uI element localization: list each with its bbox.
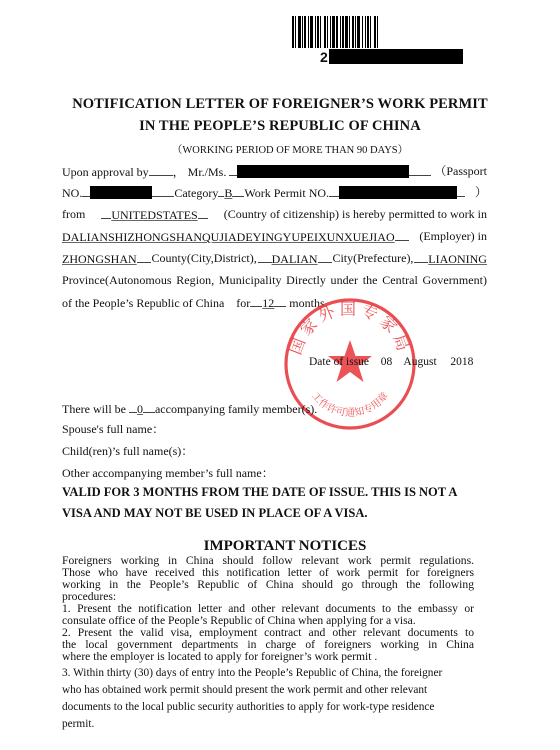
name-underline-start — [229, 163, 237, 176]
spouse-name-line: Spouse's full name： — [62, 421, 487, 437]
country-underline-end — [198, 206, 208, 219]
province-underline-start — [414, 250, 428, 263]
children-names-line: Child(ren)’s full name(s)： — [62, 443, 487, 459]
notice-item3-line: 3. Within thirty (30) days of entry into… — [62, 665, 482, 682]
duration-line: of the People’s Republic of China for12 … — [62, 294, 487, 311]
comma: ， — [173, 165, 185, 179]
issue-day: 08 — [381, 356, 393, 368]
upon-approval-label: Upon approval by — [62, 165, 149, 179]
validity-line1: VALID FOR 3 MONTHS FROM THE DATE OF ISSU… — [62, 485, 457, 500]
permit-underline-end — [457, 184, 465, 197]
notice-intro-line: working in the People’s Republic of Chin… — [62, 579, 474, 591]
employer-suffix: (Employer) in — [419, 228, 487, 245]
document-subtitle: （WORKING PERIOD OF MORE THAN 90 DAYS） — [0, 142, 560, 157]
prc-for-label: of the People’s Republic of China for — [62, 296, 250, 310]
barcode-number-redaction — [329, 49, 463, 64]
city-value: DALIAN — [272, 252, 318, 266]
location-line: ZHONGSHAN County(City,District), DALIAN … — [62, 250, 487, 267]
months-underline-start — [250, 294, 262, 307]
issue-year: 2018 — [450, 356, 473, 368]
family-count-line: There will be 0accompanying family membe… — [62, 400, 487, 417]
family-underline-start — [129, 400, 137, 413]
family-prefix: There will be — [62, 402, 126, 416]
close-paren: ） — [475, 184, 487, 201]
province-line: Province(Autonomous Region, Municipality… — [62, 272, 487, 288]
employer-underline-end — [395, 228, 409, 241]
employer-value: DALIANSHIZHONGSHANQUJIADEYINGYUPEIXUNXUE… — [62, 230, 395, 244]
mr-ms-label: Mr./Ms. — [188, 165, 227, 179]
notice-item3-line: permit. — [62, 716, 482, 733]
category-underline-end — [232, 184, 244, 197]
country-line: from UNITEDSTATES (Country of citizenshi… — [62, 206, 487, 223]
passport-underline-start — [82, 184, 90, 197]
county-suffix: County(City,District), — [152, 250, 257, 267]
important-notices-title: IMPORTANT NOTICES — [0, 538, 560, 555]
notice-item3-line: documents to the local public security a… — [62, 699, 482, 716]
family-suffix: accompanying family member(s). — [155, 402, 317, 416]
passport-label: （Passport — [434, 163, 487, 180]
approval-line: Upon approval by， Mr./Ms. （Passport — [62, 163, 487, 180]
county-underline-end — [137, 250, 151, 263]
from-label: from — [62, 206, 85, 223]
city-underline-start — [258, 250, 272, 263]
passport-category-line: NO.CategoryBWork Permit NO. ） — [62, 184, 487, 201]
barcode — [292, 16, 402, 48]
issue-month: August — [403, 356, 436, 368]
category-label: Category — [174, 186, 218, 200]
other-members-line: Other accompanying member’s full name： — [62, 465, 487, 481]
employer-line: DALIANSHIZHONGSHANQUJIADEYINGYUPEIXUNXUE… — [62, 228, 487, 245]
passport-no-label: NO. — [62, 186, 82, 200]
name-redaction — [237, 165, 409, 178]
passport-number-redaction — [90, 186, 152, 199]
permit-underline-start — [329, 184, 339, 197]
notice-item3-line: who has obtained work permit should pres… — [62, 682, 482, 699]
city-suffix: City(Prefecture), — [332, 250, 413, 267]
country-value: UNITEDSTATES — [111, 208, 197, 222]
issue-date-line: Date of issue 08 August 2018 — [309, 356, 473, 368]
document-title-line2: IN THE PEOPLE’S REPUBLIC OF CHINA — [0, 118, 560, 135]
months-value: 12 — [262, 296, 274, 310]
work-permit-number-redaction — [339, 186, 457, 199]
issue-date-label: Date of issue — [309, 356, 369, 368]
document-title-line1: NOTIFICATION LETTER OF FOREIGNER’S WORK … — [0, 96, 560, 113]
city-underline-end — [318, 250, 332, 263]
name-underline-end — [409, 163, 431, 176]
family-underline-end — [143, 400, 155, 413]
work-permit-no-label: Work Permit NO. — [244, 186, 329, 200]
passport-underline-end — [152, 184, 174, 197]
category-value: B — [224, 186, 232, 200]
notice-item2-line: where the employer is located to apply f… — [62, 651, 474, 663]
county-value: ZHONGSHAN — [62, 252, 137, 266]
validity-line2: VISA AND MAY NOT BE USED IN PLACE OF A V… — [62, 506, 368, 521]
country-underline-start — [101, 206, 111, 219]
country-suffix: (Country of citizenship) is hereby permi… — [224, 206, 487, 223]
approver-blank — [149, 163, 173, 176]
barcode-number: 2 — [320, 49, 328, 65]
province-value: LIAONING — [428, 252, 487, 266]
